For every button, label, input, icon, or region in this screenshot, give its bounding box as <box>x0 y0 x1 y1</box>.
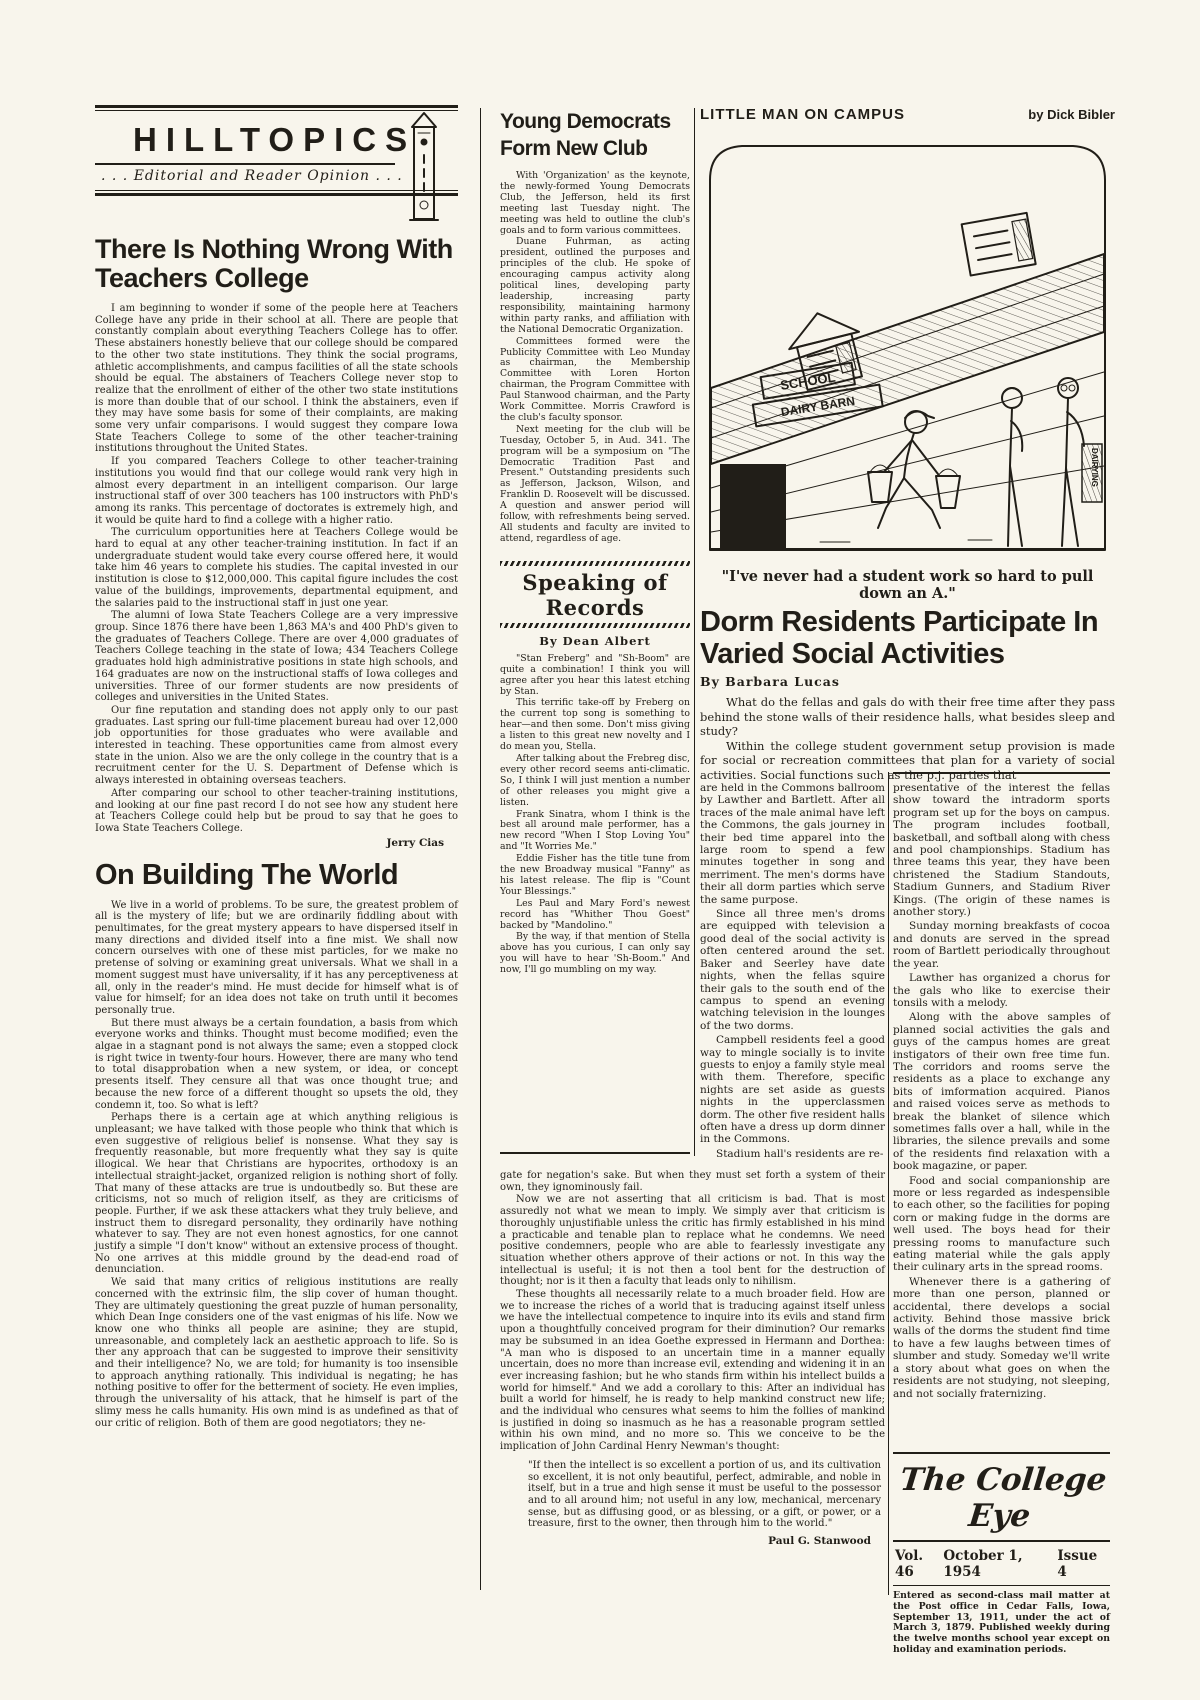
paragraph: Eddie Fisher has the title tune from the… <box>500 854 690 898</box>
article-title: There Is Nothing Wrong With Teachers Col… <box>95 235 458 293</box>
editorial-column: HILLTOPICS . . . Editorial and Reader Op… <box>95 105 458 1430</box>
college-eye-fine-print: Entered as second-class mail matter at t… <box>893 1586 1110 1656</box>
paragraph: Next meeting for the club will be Tuesda… <box>500 425 690 545</box>
column-divider <box>480 108 481 1590</box>
paragraph: are held in the Commons ballroom by Lawt… <box>700 782 885 906</box>
paragraph: By the way, if that mention of Stella ab… <box>500 932 690 976</box>
cartoon-drawing: SCHOOL DAIRY BARN <box>700 126 1115 562</box>
barn-doorway <box>720 464 786 550</box>
decorative-rope-rule <box>500 623 690 628</box>
cupola-icon <box>962 213 1036 276</box>
professor-figures: DAIRYING <box>1002 378 1102 546</box>
paragraph: Our fine reputation and standing does no… <box>95 705 458 787</box>
editorial-continuation: gate for negation's sake. But when they … <box>500 1170 885 1551</box>
records-section-header: Speaking of Records <box>500 561 690 628</box>
dorm-byline: By Barbara Lucas <box>700 674 1115 689</box>
article-title: Young Democrats Form New Club <box>500 108 690 162</box>
paragraph: What do the fellas and gals do with thei… <box>700 695 1115 739</box>
dorm-headline: Dorm Residents Participate In Varied Soc… <box>700 606 1115 670</box>
college-eye-vol-line: Vol. 46 October 1, 1954 Issue 4 <box>893 1542 1110 1585</box>
paragraph: With 'Organization' as the keynote, the … <box>500 171 690 236</box>
right-zone: LITTLE MAN ON CAMPUS by Dick Bibler <box>700 106 1115 783</box>
paragraph: These thoughts all necessarily relate to… <box>500 1289 885 1453</box>
masthead: HILLTOPICS . . . Editorial and Reader Op… <box>95 105 458 229</box>
section-title: Speaking of Records <box>500 566 690 623</box>
paragraph: Food and social companionship are more o… <box>893 1175 1110 1274</box>
paragraph: We said that many critics of religious i… <box>95 1277 458 1429</box>
paragraph: Along with the above samples of planned … <box>893 1011 1110 1172</box>
column-divider <box>694 108 695 1156</box>
newspaper-page: HILLTOPICS . . . Editorial and Reader Op… <box>0 0 1200 1700</box>
paragraph: After talking about the Frebreg disc, ev… <box>500 754 690 809</box>
paragraph: This terrific take-off by Freberg on the… <box>500 698 690 753</box>
masthead-mid-rule <box>95 163 395 165</box>
dairying-book-label: DAIRYING <box>1090 448 1099 487</box>
paragraph: Lawther has organized a chorus for the g… <box>893 972 1110 1009</box>
dorm-lede: What do the fellas and gals do with thei… <box>700 695 1115 783</box>
paragraph: Frank Sinatra, whom I think is the best … <box>500 810 690 854</box>
middle-column: Young Democrats Form New Club With 'Orga… <box>500 108 690 977</box>
cartoon-credit: by Dick Bibler <box>1028 107 1115 122</box>
paragraph: Sunday morning breakfasts of cocoa and d… <box>893 920 1110 970</box>
paragraph: gate for negation's sake. But when they … <box>500 1170 885 1193</box>
paragraph: The curriculum opportunities here at Tea… <box>95 527 458 609</box>
paragraph: After comparing our school to other teac… <box>95 788 458 835</box>
cartoon-header: LITTLE MAN ON CAMPUS by Dick Bibler <box>700 106 1115 123</box>
paragraph: Perhaps there is a certain age at which … <box>95 1112 458 1276</box>
paragraph: If you compared Teachers College to othe… <box>95 456 458 526</box>
dorm-right-column: presentative of the interest the fellas … <box>893 772 1110 1402</box>
cartoon-caption: "I've never had a student work so hard t… <box>700 568 1115 602</box>
paragraph: I am beginning to wonder if some of the … <box>95 303 458 455</box>
paragraph: Whenever there is a gathering of more th… <box>893 1276 1110 1400</box>
paragraph: Stadium hall's residents are re- <box>700 1148 885 1160</box>
campanile-tower-icon <box>404 111 444 227</box>
paragraph: We live in a world of problems. To be su… <box>95 900 458 1017</box>
paragraph: The alumni of Iowa State Teachers Colleg… <box>95 610 458 704</box>
dorm-left-column: are held in the Commons ballroom by Lawt… <box>700 782 885 1162</box>
paragraph: "Stan Freberg" and "Sh-Boom" are quite a… <box>500 654 690 698</box>
paragraph: Now we are not asserting that all critic… <box>500 1194 885 1288</box>
college-eye-box: The College Eye Vol. 46 October 1, 1954 … <box>893 1452 1110 1656</box>
paragraph: Les Paul and Mary Ford's newest record h… <box>500 899 690 932</box>
paragraph: Committees formed were the Publicity Com… <box>500 337 690 424</box>
block-quote: "If then the intellect is so excellent a… <box>500 1460 885 1530</box>
cartoon-strip-title: LITTLE MAN ON CAMPUS <box>700 106 905 123</box>
column-divider <box>888 772 889 1595</box>
college-eye-volume: Vol. 46 <box>895 1548 943 1580</box>
signature: Paul G. Stanwood <box>500 1535 885 1547</box>
paragraph: But there must always be a certain found… <box>95 1018 458 1112</box>
paragraph: Campbell residents feel a good way to mi… <box>700 1034 885 1146</box>
section-rule <box>893 772 1110 774</box>
paragraph: Since all three men's droms are equipped… <box>700 908 885 1032</box>
college-eye-title: The College Eye <box>888 1454 1114 1540</box>
records-byline: By Dean Albert <box>500 634 690 648</box>
section-rule <box>500 1152 690 1154</box>
article-title: On Building The World <box>95 859 458 892</box>
paragraph: Duane Fuhrman, as acting president, outl… <box>500 237 690 335</box>
college-eye-date: October 1, 1954 <box>943 1548 1057 1580</box>
college-eye-issue: Issue 4 <box>1057 1548 1108 1580</box>
barn-roof <box>711 254 1104 464</box>
paragraph: presentative of the interest the fellas … <box>893 782 1110 918</box>
signature: Jerry Cias <box>95 837 458 849</box>
